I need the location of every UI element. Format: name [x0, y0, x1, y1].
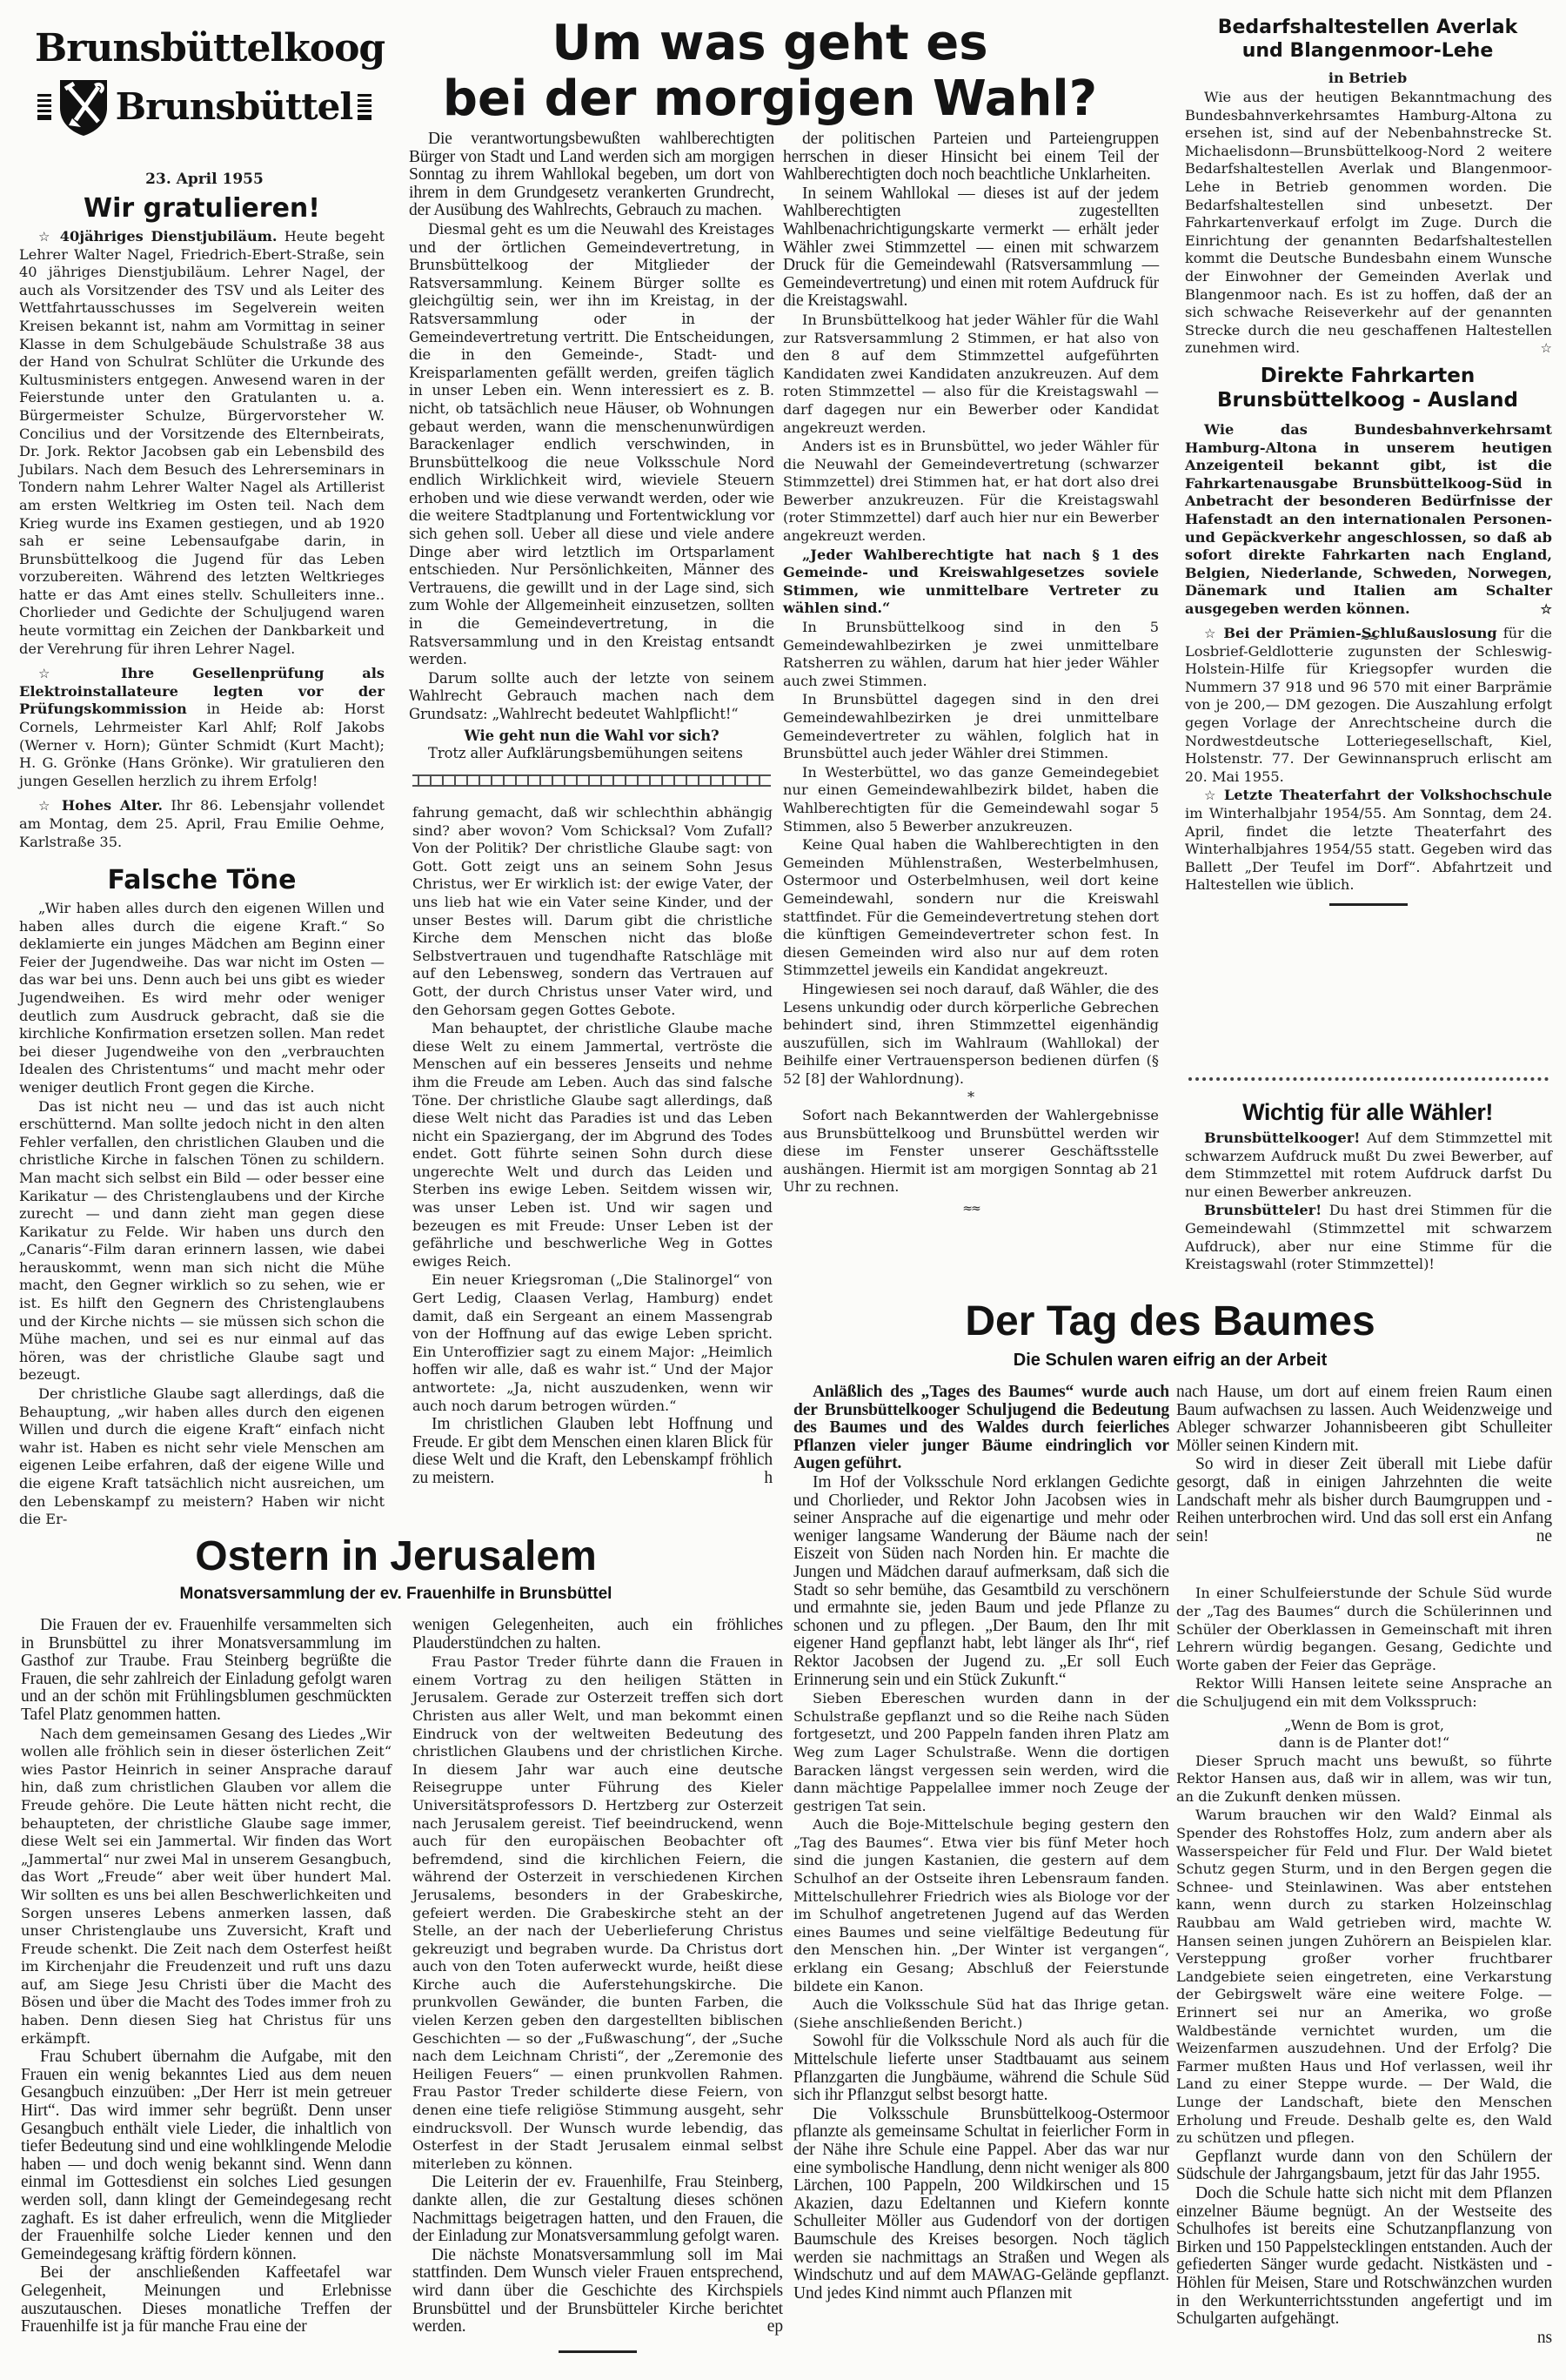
- bedarfshalte-headline-line1: Bedarfshaltestellen Averlak: [1185, 16, 1550, 39]
- baum-column-2: nach Hause, um dort auf einem freien Rau…: [1176, 1384, 1552, 2347]
- paragraph: In Brunsbüttelkoog sind in den 5 Gemeind…: [783, 619, 1159, 690]
- waehler-column: Brunsbüttelkooger! Auf dem Stimmzettel m…: [1185, 1130, 1552, 1275]
- item-lead: Letzte Theaterfahrt der Volkshochschule: [1224, 787, 1552, 803]
- paragraph: Trotz aller Aufklärungsbemühungen seiten…: [409, 745, 774, 763]
- paragraph: Warum brauchen wir den Wald? Einmal als …: [1176, 1807, 1552, 2147]
- paragraph-text: Die nächste Monatsversammlung soll im Ma…: [412, 2246, 783, 2336]
- paragraph: nach Hause, um dort auf einem freien Rau…: [1176, 1384, 1552, 1455]
- fahrkarten-headline: Direkte Fahrkarten Brunsbüttelkoog - Aus…: [1185, 364, 1550, 412]
- paragraph: Das ist nicht neu — und das ist auch nic…: [19, 1098, 385, 1385]
- asterisk-divider: *: [783, 1089, 1159, 1107]
- notizen-column: ☆ Bei der Prämien-Schlußauslosung für di…: [1185, 625, 1552, 906]
- paragraph: In einer Schulfeierstunde der Schule Süd…: [1176, 1585, 1552, 1674]
- paragraph: Die Volksschule Brunsbüttelkoog-Ostermoo…: [793, 2106, 1169, 2303]
- wahl-column-1: Die verantwortungsbewußten wahlberechtig…: [409, 131, 774, 764]
- paragraph-text: Wie das Bundesbahnverkehrsamt Hamburg-Al…: [1185, 421, 1552, 617]
- paragraph: Diesmal geht es um die Neuwahl des Kreis…: [409, 221, 774, 669]
- masthead: Brunsbüttelkoog Brunsbüttel: [35, 26, 374, 165]
- banner-left-icon: [37, 94, 51, 120]
- paragraph: Die verantwortungsbewußten wahlberechtig…: [409, 131, 774, 220]
- item-lead: Brunsbütteler!: [1204, 1202, 1322, 1218]
- author-signature: ep: [748, 2318, 783, 2336]
- paragraph: Der christliche Glaube sagt allerdings, …: [19, 1385, 385, 1529]
- paragraph: Hingewiesen sei noch darauf, daß Wähler,…: [783, 981, 1159, 1089]
- paragraph: Sofort nach Bekanntwerden der Wahlergebn…: [783, 1107, 1159, 1197]
- paragraph: Rektor Willi Hansen leitete seine Anspra…: [1176, 1675, 1552, 1711]
- paragraph: fahrung gemacht, daß wir schlechthin abh…: [412, 804, 773, 1019]
- wave-ornament-icon: ≈≈: [783, 1200, 1159, 1218]
- paragraph: Nach dem gemeinsamen Gesang des Liedes „…: [21, 1726, 391, 2048]
- falsche-toene-column-2: fahrung gemacht, daß wir schlechthin abh…: [412, 804, 773, 1489]
- falsche-toene-column-1: „Wir haben alles durch den eigenen Wille…: [19, 900, 385, 1530]
- paragraph-text: Wie aus der heutigen Bekanntmachung des …: [1185, 89, 1552, 356]
- item-lead: Hohes Alter.: [62, 797, 163, 814]
- paragraph: Sieben Ebereschen wurden dann in der Sch…: [793, 1690, 1169, 1815]
- paragraph: Doch die Schule hatte sich nicht mit dem…: [1176, 2185, 1552, 2329]
- coat-of-arms-icon: [57, 77, 110, 137]
- paragraph: In Westerbüttel, wo das ganze Gemeindege…: [783, 764, 1159, 835]
- baum-column-1-body: Im Hof der Volksschule Nord erklangen Ge…: [793, 1474, 1169, 2303]
- item-lead: Bei der Prämien-Schlußauslosung: [1223, 625, 1496, 641]
- masthead-title-brunsbuettelkoog: Brunsbüttelkoog: [35, 26, 374, 71]
- short-rule: [559, 2350, 637, 2353]
- author-signature: ns: [1176, 2330, 1552, 2348]
- author-signature: ne: [1517, 1528, 1552, 1546]
- star-icon: ☆: [1204, 788, 1218, 803]
- paragraph: Ein neuer Kriegsroman („Die Stalinorgel“…: [412, 1271, 773, 1415]
- paragraph: Keine Qual haben die Wahlberechtigten in…: [783, 836, 1159, 980]
- baum-lead: Anläßlich des „Tages des Baumes“ wurde a…: [793, 1384, 1169, 1473]
- paragraph: Die Frauen der ev. Frauenhilfe versammel…: [21, 1617, 391, 1725]
- star-icon: ☆: [38, 229, 53, 245]
- baum-column-1: Anläßlich des „Tages des Baumes“ wurde a…: [793, 1384, 1169, 1474]
- item-lead: 40jähriges Dienstjubiläum.: [60, 228, 278, 245]
- paragraph: wenigen Gelegenheiten, auch ein fröhlich…: [412, 1617, 783, 1653]
- paragraph: Die Leiterin der ev. Frauenhilfe, Frau S…: [412, 2174, 783, 2245]
- wahl-headline-line1: Um was geht es: [391, 16, 1148, 71]
- issue-date: 23. April 1955: [35, 171, 374, 188]
- waehler-headline: Wichtig für alle Wähler!: [1185, 1098, 1550, 1126]
- ostern-headline: Ostern in Jerusalem: [17, 1532, 774, 1582]
- paragraph: In Brunsbüttel dagegen sind in den drei …: [783, 691, 1159, 762]
- item-lead: Brunsbüttelkooger!: [1204, 1130, 1360, 1146]
- wir-gratulieren-headline: Wir gratulieren!: [19, 193, 385, 225]
- falsche-toene-headline: Falsche Töne: [19, 865, 385, 896]
- ostern-subtitle: Monatsversammlung der ev. Frauenhilfe in…: [17, 1584, 774, 1605]
- paragraph: Auch die Volksschule Süd hat das Ihrige …: [793, 1996, 1169, 2032]
- wahl-subhead: Wie geht nun die Wahl vor sich?: [409, 727, 774, 746]
- paragraph-text: So wird in dieser Zeit überall mit Liebe…: [1176, 1455, 1552, 1545]
- star-icon: ☆: [1522, 600, 1552, 619]
- wir-gratulieren-column: ☆ 40jähriges Dienstjubiläum. Heute begeh…: [19, 228, 385, 852]
- ostern-column-2: wenigen Gelegenheiten, auch ein fröhlich…: [412, 1617, 783, 2353]
- item-text: Heute begeht Lehrer Walter Nagel, Friedr…: [19, 228, 385, 657]
- banner-right-icon: [358, 94, 371, 120]
- star-icon: ☆: [1204, 626, 1217, 641]
- volksspruch-line1: „Wenn de Bom is grot,: [1176, 1717, 1552, 1735]
- bedarfshalte-subtitle: in Betrieb: [1185, 70, 1550, 86]
- paragraph: In seinem Wahllokal — dieses ist auf der…: [783, 185, 1159, 311]
- item-text: für die Losbrief-Geldlotterie zugunsten …: [1185, 625, 1552, 785]
- baum-subtitle: Die Schulen waren eifrig an der Arbeit: [792, 1349, 1549, 1371]
- bedarfshalte-headline-line2: und Blangenmoor-Lehe: [1185, 39, 1550, 63]
- paragraph: In Brunsbüttelkoog hat jeder Wähler für …: [783, 312, 1159, 437]
- paragraph: Gepflanzt wurde dann von den Schülern de…: [1176, 2149, 1552, 2184]
- paragraph: Im Hof der Volksschule Nord erklangen Ge…: [793, 1474, 1169, 1689]
- paragraph: Sowohl für die Volksschule Nord als auch…: [793, 2033, 1169, 2104]
- wahl-headline: Um was geht es bei der morgigen Wahl?: [391, 16, 1148, 127]
- short-rule: [1329, 903, 1408, 906]
- fahrkarten-column: Wie das Bundesbahnverkehrsamt Hamburg-Al…: [1185, 421, 1552, 647]
- star-icon: ☆: [38, 666, 84, 681]
- paragraph: der politischen Parteien und Parteiengru…: [783, 131, 1159, 184]
- paragraph: Anders ist es in Brunsbüttel, wo jeder W…: [783, 438, 1159, 546]
- item-text: im Winterhalbjahr 1954/55. Am Sonntag, d…: [1185, 805, 1552, 893]
- paragraph-quote: „Jeder Wahlberechtigte hat nach § 1 des …: [783, 546, 1159, 618]
- paragraph: Auch die Boje-Mittelschule beging gester…: [793, 1816, 1169, 1995]
- volksspruch-line2: dann is de Planter dot!“: [1176, 1734, 1552, 1753]
- bedarfshalte-column: Wie aus der heutigen Bekanntmachung des …: [1185, 89, 1552, 359]
- paragraph: Frau Pastor Treder führte dann die Fraue…: [412, 1653, 783, 2173]
- masthead-title-brunsbuettel: Brunsbüttel: [116, 85, 353, 129]
- paragraph: Frau Schubert übernahm die Aufgabe, mit …: [21, 2048, 391, 2263]
- fahrkarten-headline-line2: Brunsbüttelkoog - Ausland: [1185, 388, 1550, 412]
- paragraph: Darum sollte auch der letzte von seinem …: [409, 670, 774, 724]
- wavy-divider: [412, 774, 771, 787]
- baum-headline: Der Tag des Baumes: [792, 1297, 1549, 1347]
- dotted-rule: [1188, 1077, 1549, 1081]
- author-signature: h: [745, 1470, 773, 1488]
- star-icon: ☆: [1522, 339, 1552, 358]
- paragraph: Bei der anschließenden Kaffeetafel war G…: [21, 2264, 391, 2336]
- paragraph: Im christlichen Glauben lebt Hoffnung un…: [412, 1416, 773, 1487]
- paragraph: „Wir haben alles durch den eigenen Wille…: [19, 900, 385, 1097]
- star-icon: ☆: [38, 798, 54, 814]
- wahl-headline-line2: bei der morgigen Wahl?: [391, 71, 1148, 127]
- paragraph: Dieser Spruch macht uns bewußt, so führt…: [1176, 1753, 1552, 1807]
- fahrkarten-headline-line1: Direkte Fahrkarten: [1185, 364, 1550, 388]
- paragraph: Man behauptet, der christliche Glaube ma…: [412, 1020, 773, 1270]
- wahl-column-2: der politischen Parteien und Parteiengru…: [783, 131, 1159, 1218]
- paragraph-text: Im christlichen Glauben lebt Hoffnung un…: [412, 1415, 773, 1487]
- bedarfshalte-headline: Bedarfshaltestellen Averlak und Blangenm…: [1185, 16, 1550, 63]
- ostern-column-1: Die Frauen der ev. Frauenhilfe versammel…: [21, 1617, 391, 2337]
